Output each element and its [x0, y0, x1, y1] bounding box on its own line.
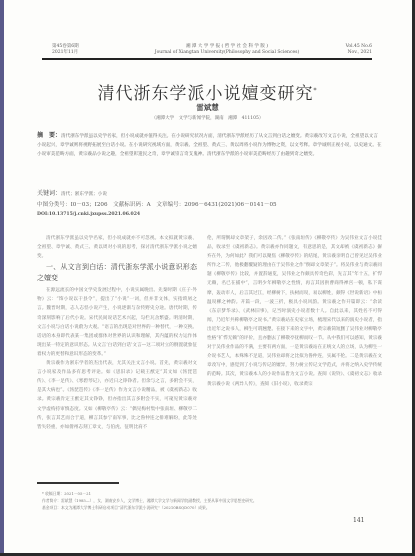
date-en: Nov., 2021 — [346, 50, 372, 56]
header-right: Vol.45 No.6 Nov., 2021 — [346, 44, 372, 56]
journal-name-en: Journal of Xiangtan University(Philosoph… — [127, 50, 327, 56]
keywords-text: 清代；浙东学派；小说 — [61, 192, 107, 197]
keywords-label: 关键词： — [37, 190, 61, 197]
funding-info: 基金项目：本文为湘潭大学博士科研启动项目“清代浙东学派小说研究”（20210BS… — [42, 504, 372, 511]
keywords: 关键词：清代；浙东学派；小说 — [37, 188, 382, 197]
abstract-label: 摘 要： — [37, 132, 61, 139]
title-footnote-mark: * — [314, 87, 318, 94]
body-left-column: 清代浙东学派虽以史学名家，但小说成就亦不可忽视。本文拟就黄宗羲、全祖望、章学诚、… — [37, 234, 197, 479]
article-title: 清代浙东学派小说嬗变研究* — [0, 79, 415, 104]
header-center: 湘 潭 大 学 学 报 ( 哲 学 社 会 科 学 版 ) Journal of… — [127, 44, 327, 56]
abstract-text: 清代浙东学派虽以史学名家，但小说成就亦值得关注。在小说研究状况方面，清代浙东学派… — [37, 134, 382, 157]
section-heading: 一、从文言到白话：清代浙东学派小说意识形态之嬗变 — [37, 262, 197, 284]
body-paragraph: 在源远流长的中国文学史发展过程中，小说实属晚出。先秦时期《庄子·外物》云：“饰小… — [37, 286, 197, 359]
footnotes: * 收稿日期：2021－05－21 作者简介：雷斌慧（1985—），女，湖南安乡… — [42, 490, 372, 511]
abstract: 摘 要：清代浙东学派虽以史学名家，但小说成就亦值得关注。在小说研究状况方面，清代… — [37, 131, 382, 159]
received-date: * 收稿日期：2021－05－21 — [42, 490, 372, 497]
page-number: 141 — [353, 517, 364, 524]
title-text: 清代浙东学派小说嬗变研究 — [98, 84, 314, 104]
header-rule — [42, 58, 372, 60]
header-left: 第45卷第6期 2021年11月 — [52, 44, 79, 56]
body-right-column: 伦，所谓倒却文章架子，余因改二传。”《张南垣传》《柳敬亭传》为吴伟业文言小说佳品… — [207, 234, 382, 479]
doi: DOI:10.13715/j.cnki.jxupss.2021.06.024 — [37, 212, 382, 217]
classification-info: 中图分类号：I0－03；I206 文献标识码：A 文章编号：2096－6431(… — [37, 200, 382, 208]
footnote-rule — [37, 482, 119, 484]
author-name: 雷斌慧 — [0, 102, 415, 113]
author-bio: 作者简介：雷斌慧（1985—），女，湖南安乡人，文学博士，湘潭大学文学与新闻学院… — [42, 497, 372, 504]
intro-paragraph: 清代浙东学派虽以史学名家，但小说成就亦不可忽视。本文拟就黄宗羲、全祖望、章学诚、… — [37, 234, 197, 261]
body-paragraph: 黄宗羲作为浙东学者的杰出代表，尤其关注文言小说。首先，黄宗羲对文言小说家及作品多… — [37, 359, 197, 432]
author-affiliation: （湘潭大学 文学与新闻学院，湖南 湘潭 411105） — [0, 115, 415, 121]
body-paragraph: 伦，所谓倒却文章架子，余因改二传。”《张南垣传》《柳敬亭传》为吴伟业文言小说佳品… — [207, 234, 382, 389]
date-cn: 2021年11月 — [52, 50, 79, 56]
